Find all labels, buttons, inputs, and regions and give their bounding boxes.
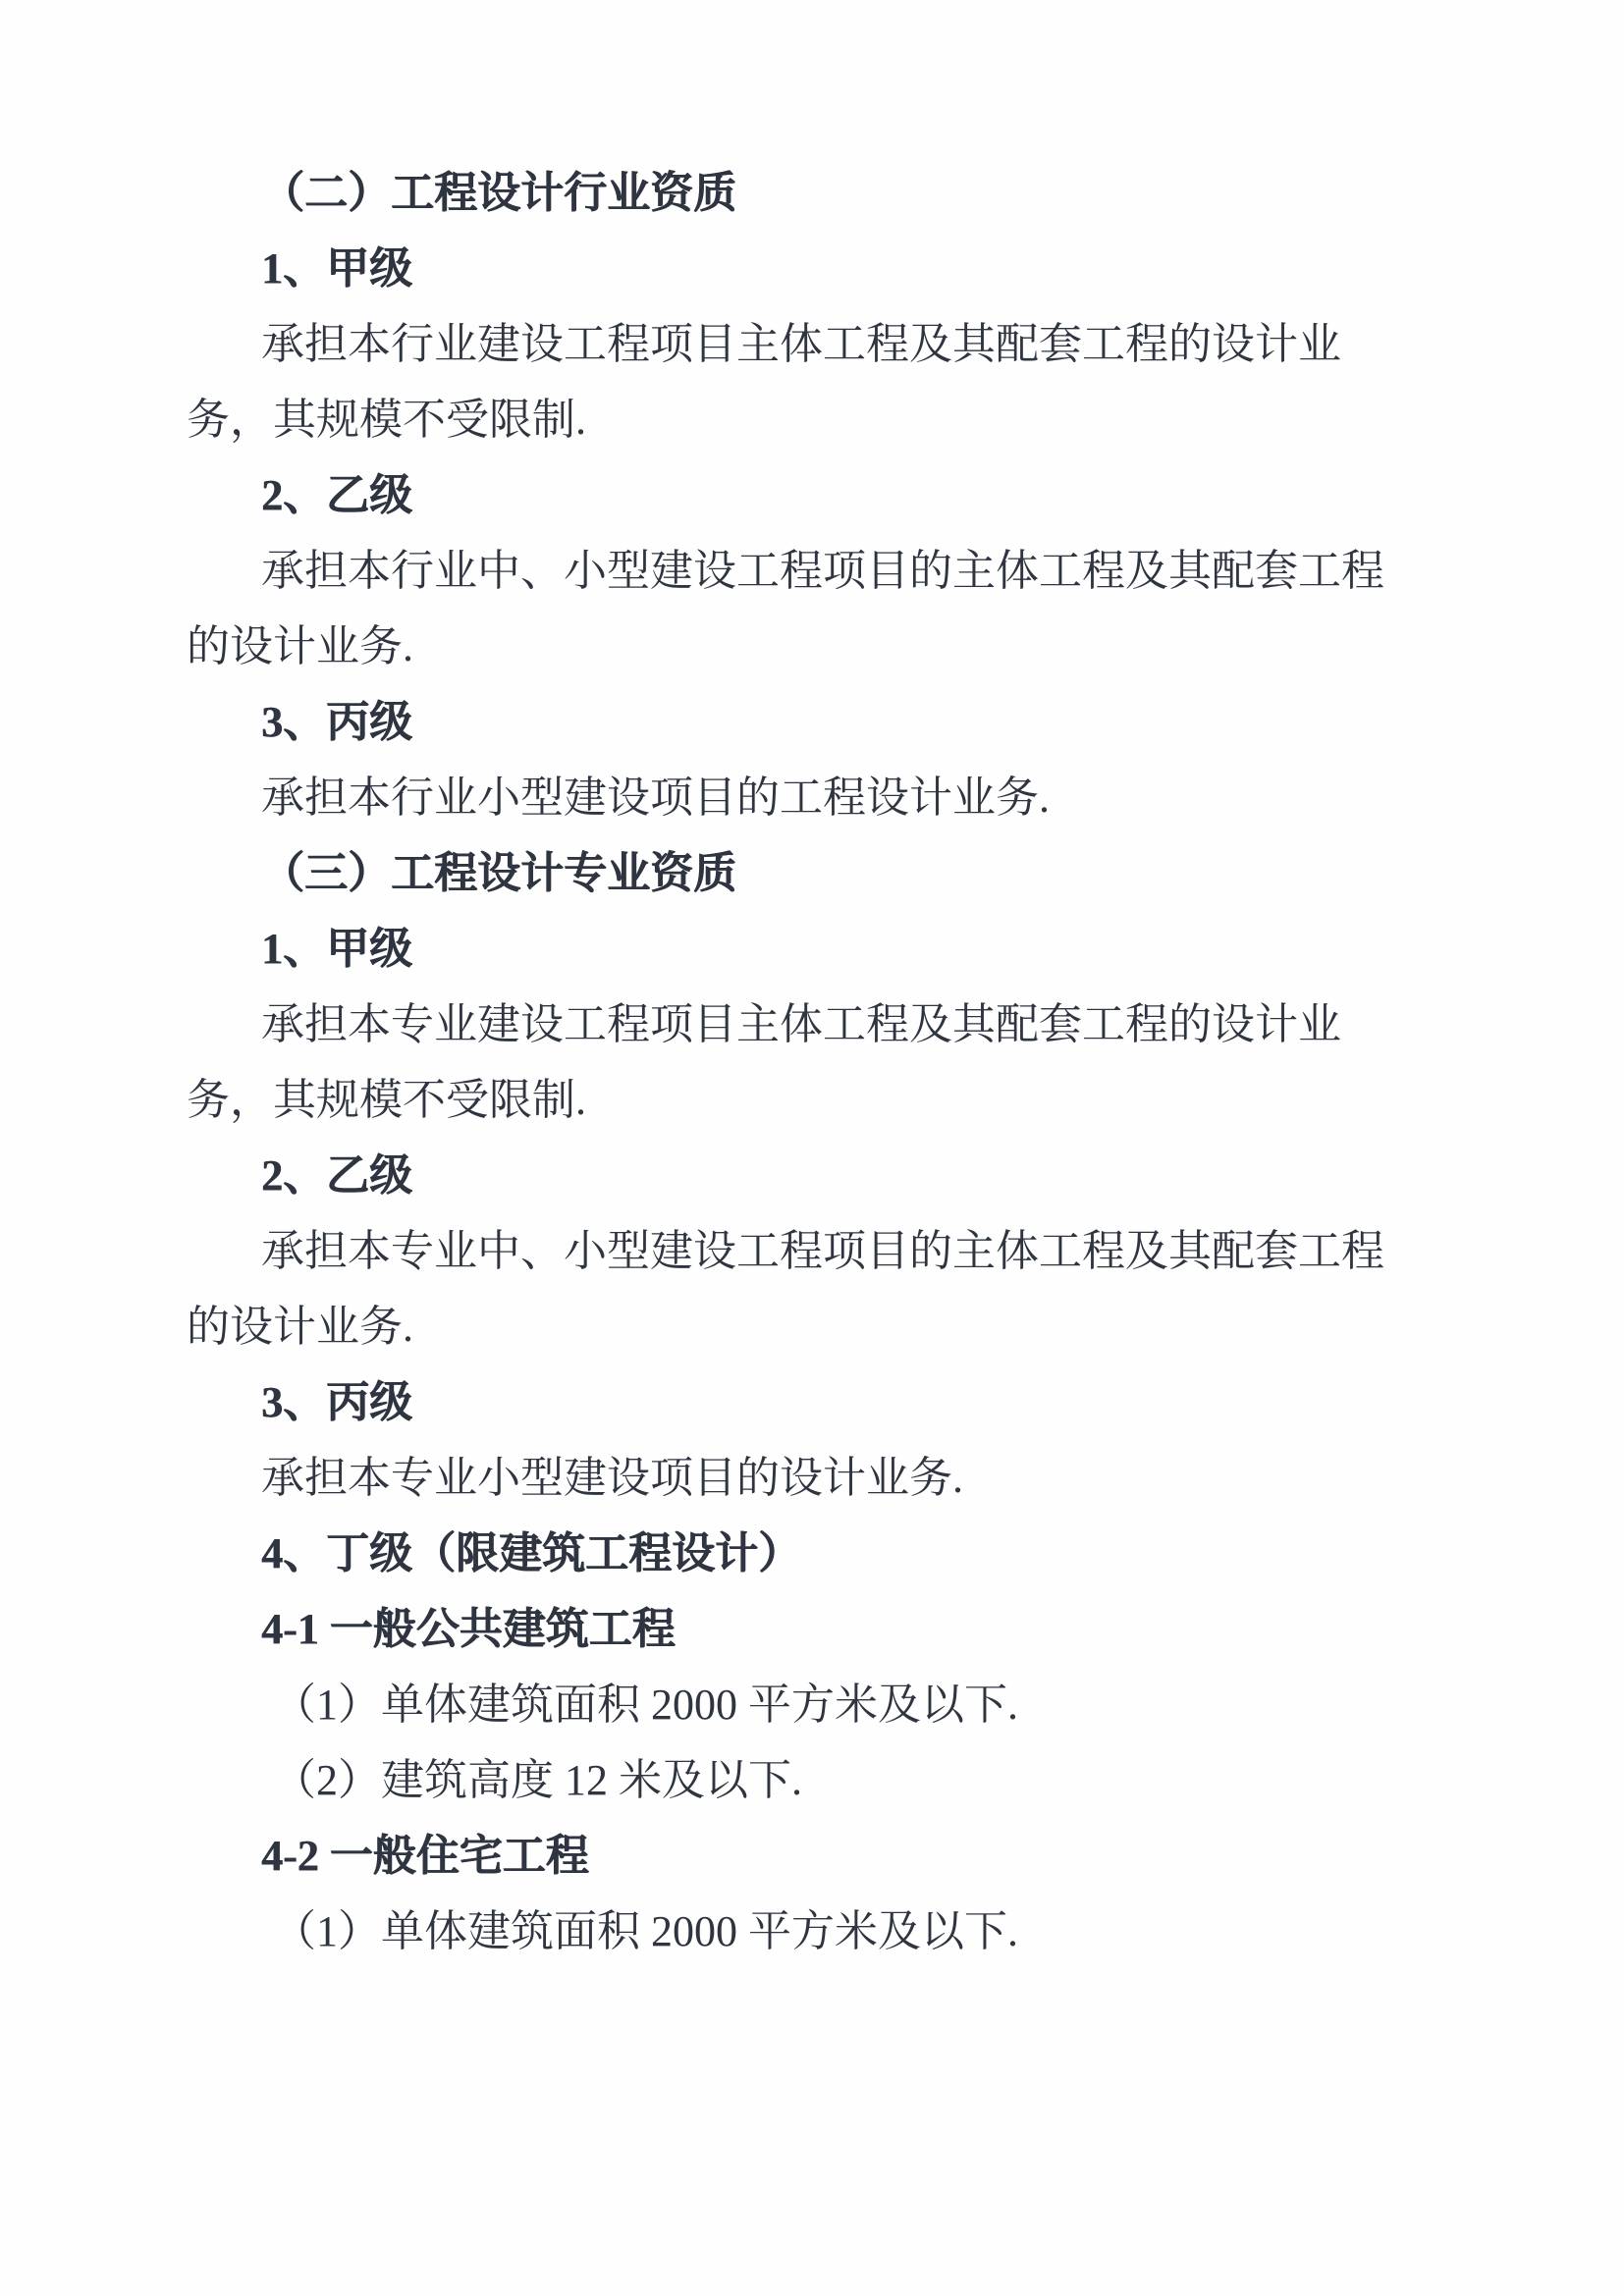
text-line: 1、甲级	[187, 911, 1526, 987]
document-page: （二）工程设计行业资质1、甲级承担本行业建设工程项目主体工程及其配套工程的设计业…	[0, 0, 1624, 2296]
text-line: 1、甲级	[187, 231, 1526, 306]
document-content: （二）工程设计行业资质1、甲级承担本行业建设工程项目主体工程及其配套工程的设计业…	[187, 155, 1526, 1969]
text-line: 2、乙级	[187, 1138, 1526, 1213]
text-line: 承担本行业建设工程项目主体工程及其配套工程的设计业	[187, 306, 1526, 382]
text-line: （1）单体建筑面积 2000 平方米及以下.	[187, 1894, 1526, 1969]
text-line: 2、乙级	[187, 457, 1526, 533]
text-line: 3、丙级	[187, 1364, 1526, 1440]
text-line: 的设计业务.	[187, 1289, 1526, 1364]
text-line: （2）建筑高度 12 米及以下.	[187, 1742, 1526, 1818]
text-line: （二）工程设计行业资质	[187, 155, 1526, 231]
text-line: （1）单体建筑面积 2000 平方米及以下.	[187, 1667, 1526, 1742]
text-line: 承担本行业小型建设项目的工程设计业务.	[187, 760, 1526, 835]
text-line: 务，其规模不受限制.	[187, 382, 1526, 457]
text-line: 承担本专业建设工程项目主体工程及其配套工程的设计业	[187, 987, 1526, 1062]
text-line: 4-1 一般公共建筑工程	[187, 1591, 1526, 1667]
text-line: 务，其规模不受限制.	[187, 1062, 1526, 1138]
text-line: 3、丙级	[187, 684, 1526, 760]
text-line: （三）工程设计专业资质	[187, 835, 1526, 911]
text-line: 的设计业务.	[187, 609, 1526, 684]
text-line: 4-2 一般住宅工程	[187, 1818, 1526, 1894]
text-line: 4、丁级（限建筑工程设计）	[187, 1516, 1526, 1591]
text-line: 承担本专业小型建设项目的设计业务.	[187, 1440, 1526, 1516]
text-line: 承担本专业中、小型建设工程项目的主体工程及其配套工程	[187, 1213, 1526, 1289]
text-line: 承担本行业中、小型建设工程项目的主体工程及其配套工程	[187, 533, 1526, 609]
